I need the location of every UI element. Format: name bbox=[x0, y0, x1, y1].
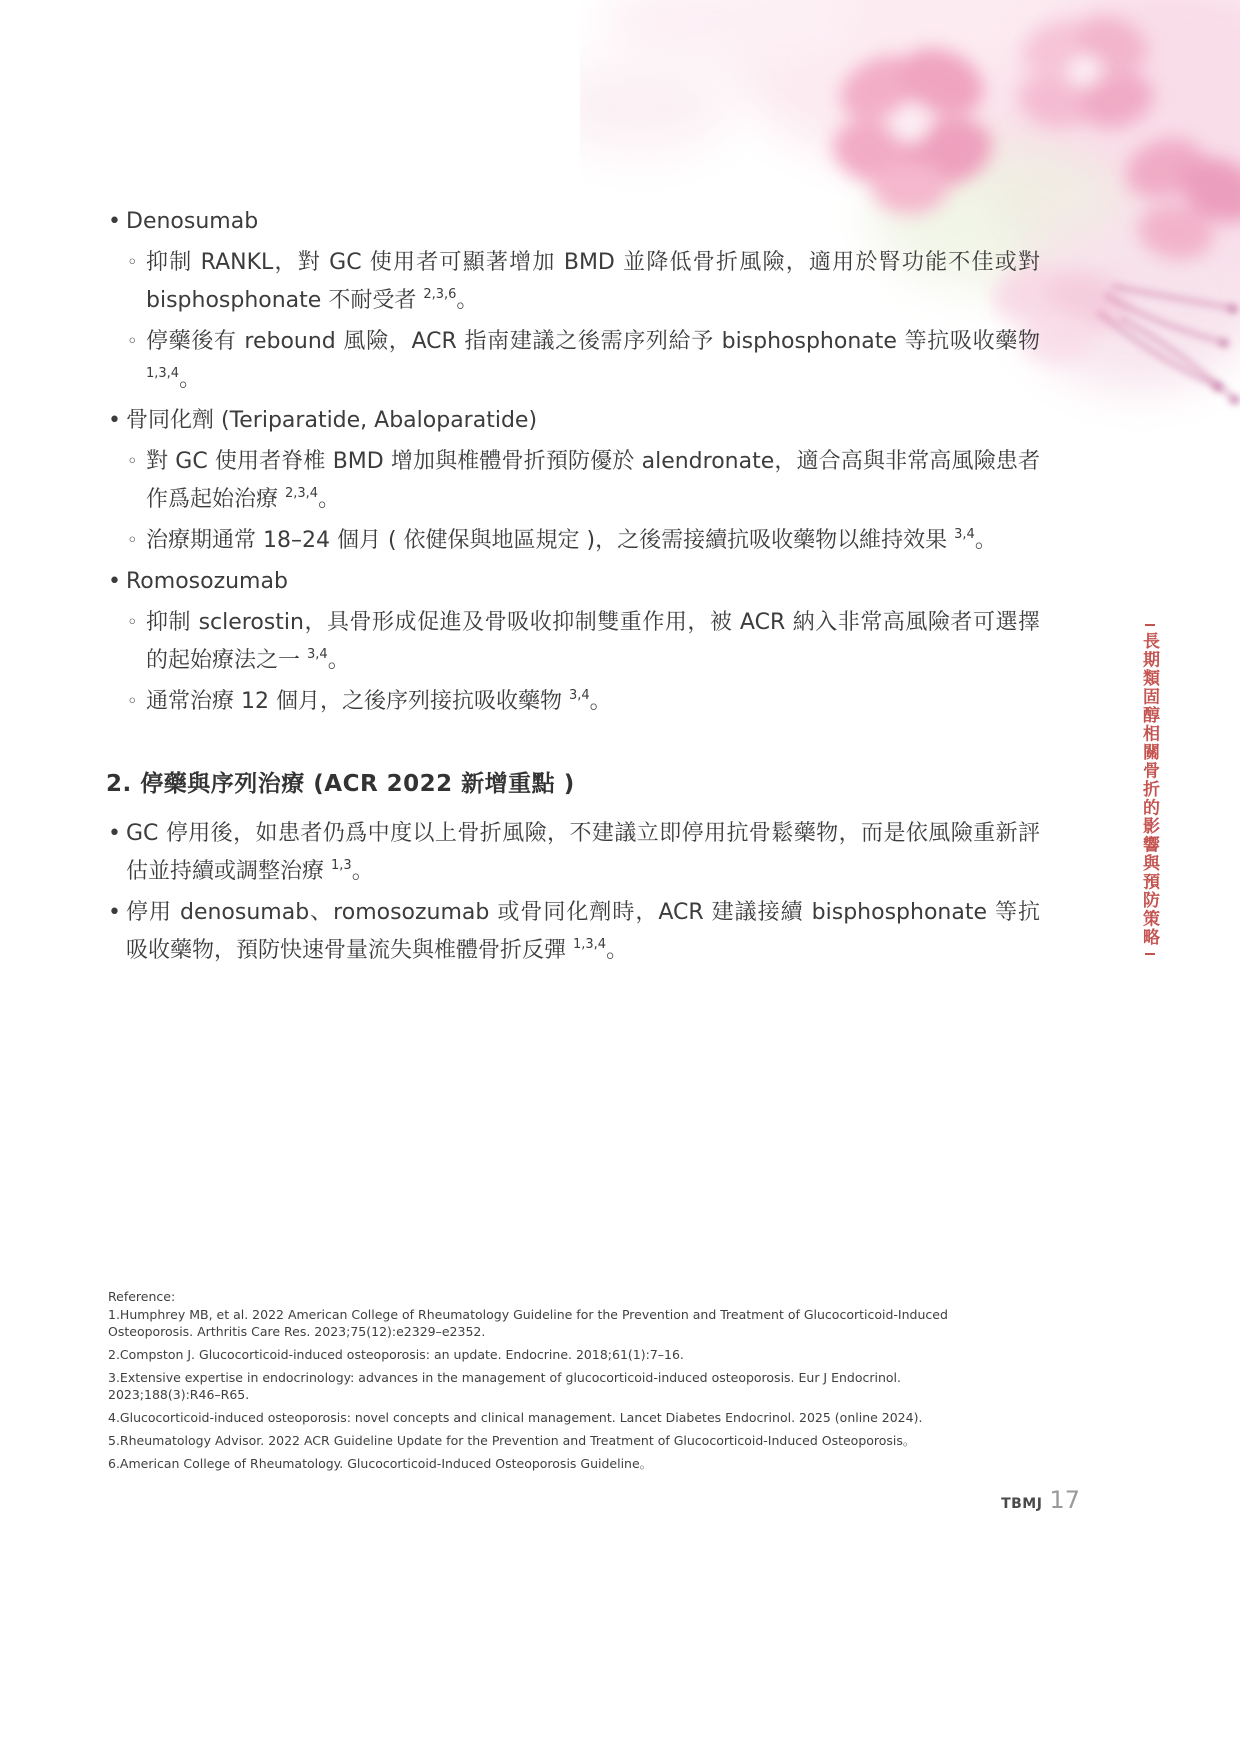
citation-superscript: 3,4 bbox=[954, 527, 975, 542]
citation-superscript: 1,3,4 bbox=[573, 937, 606, 952]
citation-superscript: 1,3,4 bbox=[146, 366, 179, 381]
bullet-icon: • bbox=[108, 815, 121, 853]
list-subitem: ◦抑制 sclerostin，具骨形成促進及骨吸收抑制雙重作用，被 ACR 納入… bbox=[127, 604, 1040, 680]
reference-item: 3.Extensive expertise in endocrinology: … bbox=[108, 1369, 1014, 1403]
footer-brand: TBMJ bbox=[1001, 1496, 1042, 1512]
bullet-icon: • bbox=[108, 563, 121, 601]
references-label: Reference: bbox=[108, 1288, 1014, 1305]
open-bullet-icon: ◦ bbox=[127, 604, 138, 642]
list-item-text: 停藥後有 rebound 風險，ACR 指南建議之後需序列給予 bisphosp… bbox=[146, 329, 1040, 354]
open-bullet-icon: ◦ bbox=[127, 522, 138, 560]
list-item-text: 骨同化劑 (Teriparatide, Abaloparatide) bbox=[126, 408, 537, 433]
bullet-icon: • bbox=[108, 203, 121, 241]
list-item-tail: 。 bbox=[456, 288, 478, 313]
list-subitem: ◦治療期通常 18–24 個月 ( 依健保與地區規定 )，之後需接續抗吸收藥物以… bbox=[127, 522, 1040, 560]
section-heading: 2. 停藥與序列治療 (ACR 2022 新增重點 ) bbox=[106, 765, 1040, 803]
open-bullet-icon: ◦ bbox=[127, 443, 138, 481]
list-item-text: Romosozumab bbox=[126, 569, 288, 594]
footer-page-number: 17 bbox=[1049, 1486, 1080, 1514]
section2-bullet: •停用 denosumab、romosozumab 或骨同化劑時，ACR 建議接… bbox=[108, 894, 1040, 970]
list-item-text: 通常治療 12 個月，之後序列接抗吸收藥物 bbox=[146, 689, 569, 714]
reference-item: 1.Humphrey MB, et al. 2022 American Coll… bbox=[108, 1306, 1014, 1340]
bullet-icon: • bbox=[108, 402, 121, 440]
list-item-text: 治療期通常 18–24 個月 ( 依健保與地區規定 )，之後需接續抗吸收藥物以維… bbox=[146, 528, 954, 553]
citation-superscript: 1,3 bbox=[331, 858, 352, 873]
main-content: •Denosumab ◦抑制 RANKL，對 GC 使用者可顯著增加 BMD 並… bbox=[108, 200, 1040, 973]
list-item-tail: 。 bbox=[590, 689, 612, 714]
citation-superscript: 3,4 bbox=[307, 647, 328, 662]
citation-superscript: 2,3,6 bbox=[423, 287, 456, 302]
list-item-romosozumab: •Romosozumab bbox=[108, 563, 1040, 601]
list-item-text: 停用 denosumab、romosozumab 或骨同化劑時，ACR 建議接續… bbox=[126, 900, 1040, 963]
list-item-denosumab: •Denosumab bbox=[108, 203, 1040, 241]
reference-item: 4.Glucocorticoid-induced osteoporosis: n… bbox=[108, 1409, 1014, 1426]
list-subitem: ◦對 GC 使用者脊椎 BMD 增加與椎體骨折預防優於 alendronate，… bbox=[127, 443, 1040, 519]
list-item-tail: 。 bbox=[318, 487, 340, 512]
open-bullet-icon: ◦ bbox=[127, 244, 138, 282]
open-bullet-icon: ◦ bbox=[127, 683, 138, 721]
chapter-title-vertical: 長期類固醇相關骨折的影響與預防策略 bbox=[1137, 618, 1162, 968]
list-item-tail: 。 bbox=[328, 648, 350, 673]
page-footer: TBMJ 17 bbox=[1001, 1486, 1080, 1514]
list-item-text: 抑制 sclerostin，具骨形成促進及骨吸收抑制雙重作用，被 ACR 納入非… bbox=[146, 610, 1040, 673]
reference-item: 6.American College of Rheumatology. Gluc… bbox=[108, 1455, 1014, 1472]
citation-superscript: 3,4 bbox=[569, 688, 590, 703]
list-item-anabolic: •骨同化劑 (Teriparatide, Abaloparatide) bbox=[108, 402, 1040, 440]
banner-bottom-dash bbox=[1145, 953, 1155, 955]
chapter-title-text: 長期類固醇相關骨折的影響與預防策略 bbox=[1137, 632, 1162, 947]
list-item-text: 對 GC 使用者脊椎 BMD 增加與椎體骨折預防優於 alendronate，適… bbox=[146, 449, 1040, 512]
list-item-tail: 。 bbox=[179, 367, 201, 392]
list-item-tail: 。 bbox=[606, 938, 628, 963]
list-subitem: ◦停藥後有 rebound 風險，ACR 指南建議之後需序列給予 bisphos… bbox=[127, 323, 1040, 399]
list-item-tail: 。 bbox=[352, 859, 374, 884]
reference-item: 2.Compston J. Glucocorticoid-induced ost… bbox=[108, 1346, 1014, 1363]
bullet-icon: • bbox=[108, 894, 121, 932]
open-bullet-icon: ◦ bbox=[127, 323, 138, 361]
reference-item: 5.Rheumatology Advisor. 2022 ACR Guideli… bbox=[108, 1432, 1014, 1449]
list-item-text: 抑制 RANKL，對 GC 使用者可顯著增加 BMD 並降低骨折風險，適用於腎功… bbox=[146, 250, 1040, 313]
list-item-tail: 。 bbox=[975, 528, 997, 553]
references-section: Reference: 1.Humphrey MB, et al. 2022 Am… bbox=[108, 1288, 1014, 1478]
list-item-text: Denosumab bbox=[126, 209, 258, 234]
banner-top-dash bbox=[1145, 624, 1155, 626]
section2-bullet: •GC 停用後，如患者仍爲中度以上骨折風險，不建議立即停用抗骨鬆藥物，而是依風險… bbox=[108, 815, 1040, 891]
list-item-text: GC 停用後，如患者仍爲中度以上骨折風險，不建議立即停用抗骨鬆藥物，而是依風險重… bbox=[126, 821, 1040, 884]
document-page: •Denosumab ◦抑制 RANKL，對 GC 使用者可顯著增加 BMD 並… bbox=[0, 0, 1240, 1754]
list-subitem: ◦抑制 RANKL，對 GC 使用者可顯著增加 BMD 並降低骨折風險，適用於腎… bbox=[127, 244, 1040, 320]
citation-superscript: 2,3,4 bbox=[285, 486, 318, 501]
list-subitem: ◦通常治療 12 個月，之後序列接抗吸收藥物 3,4。 bbox=[127, 683, 1040, 721]
